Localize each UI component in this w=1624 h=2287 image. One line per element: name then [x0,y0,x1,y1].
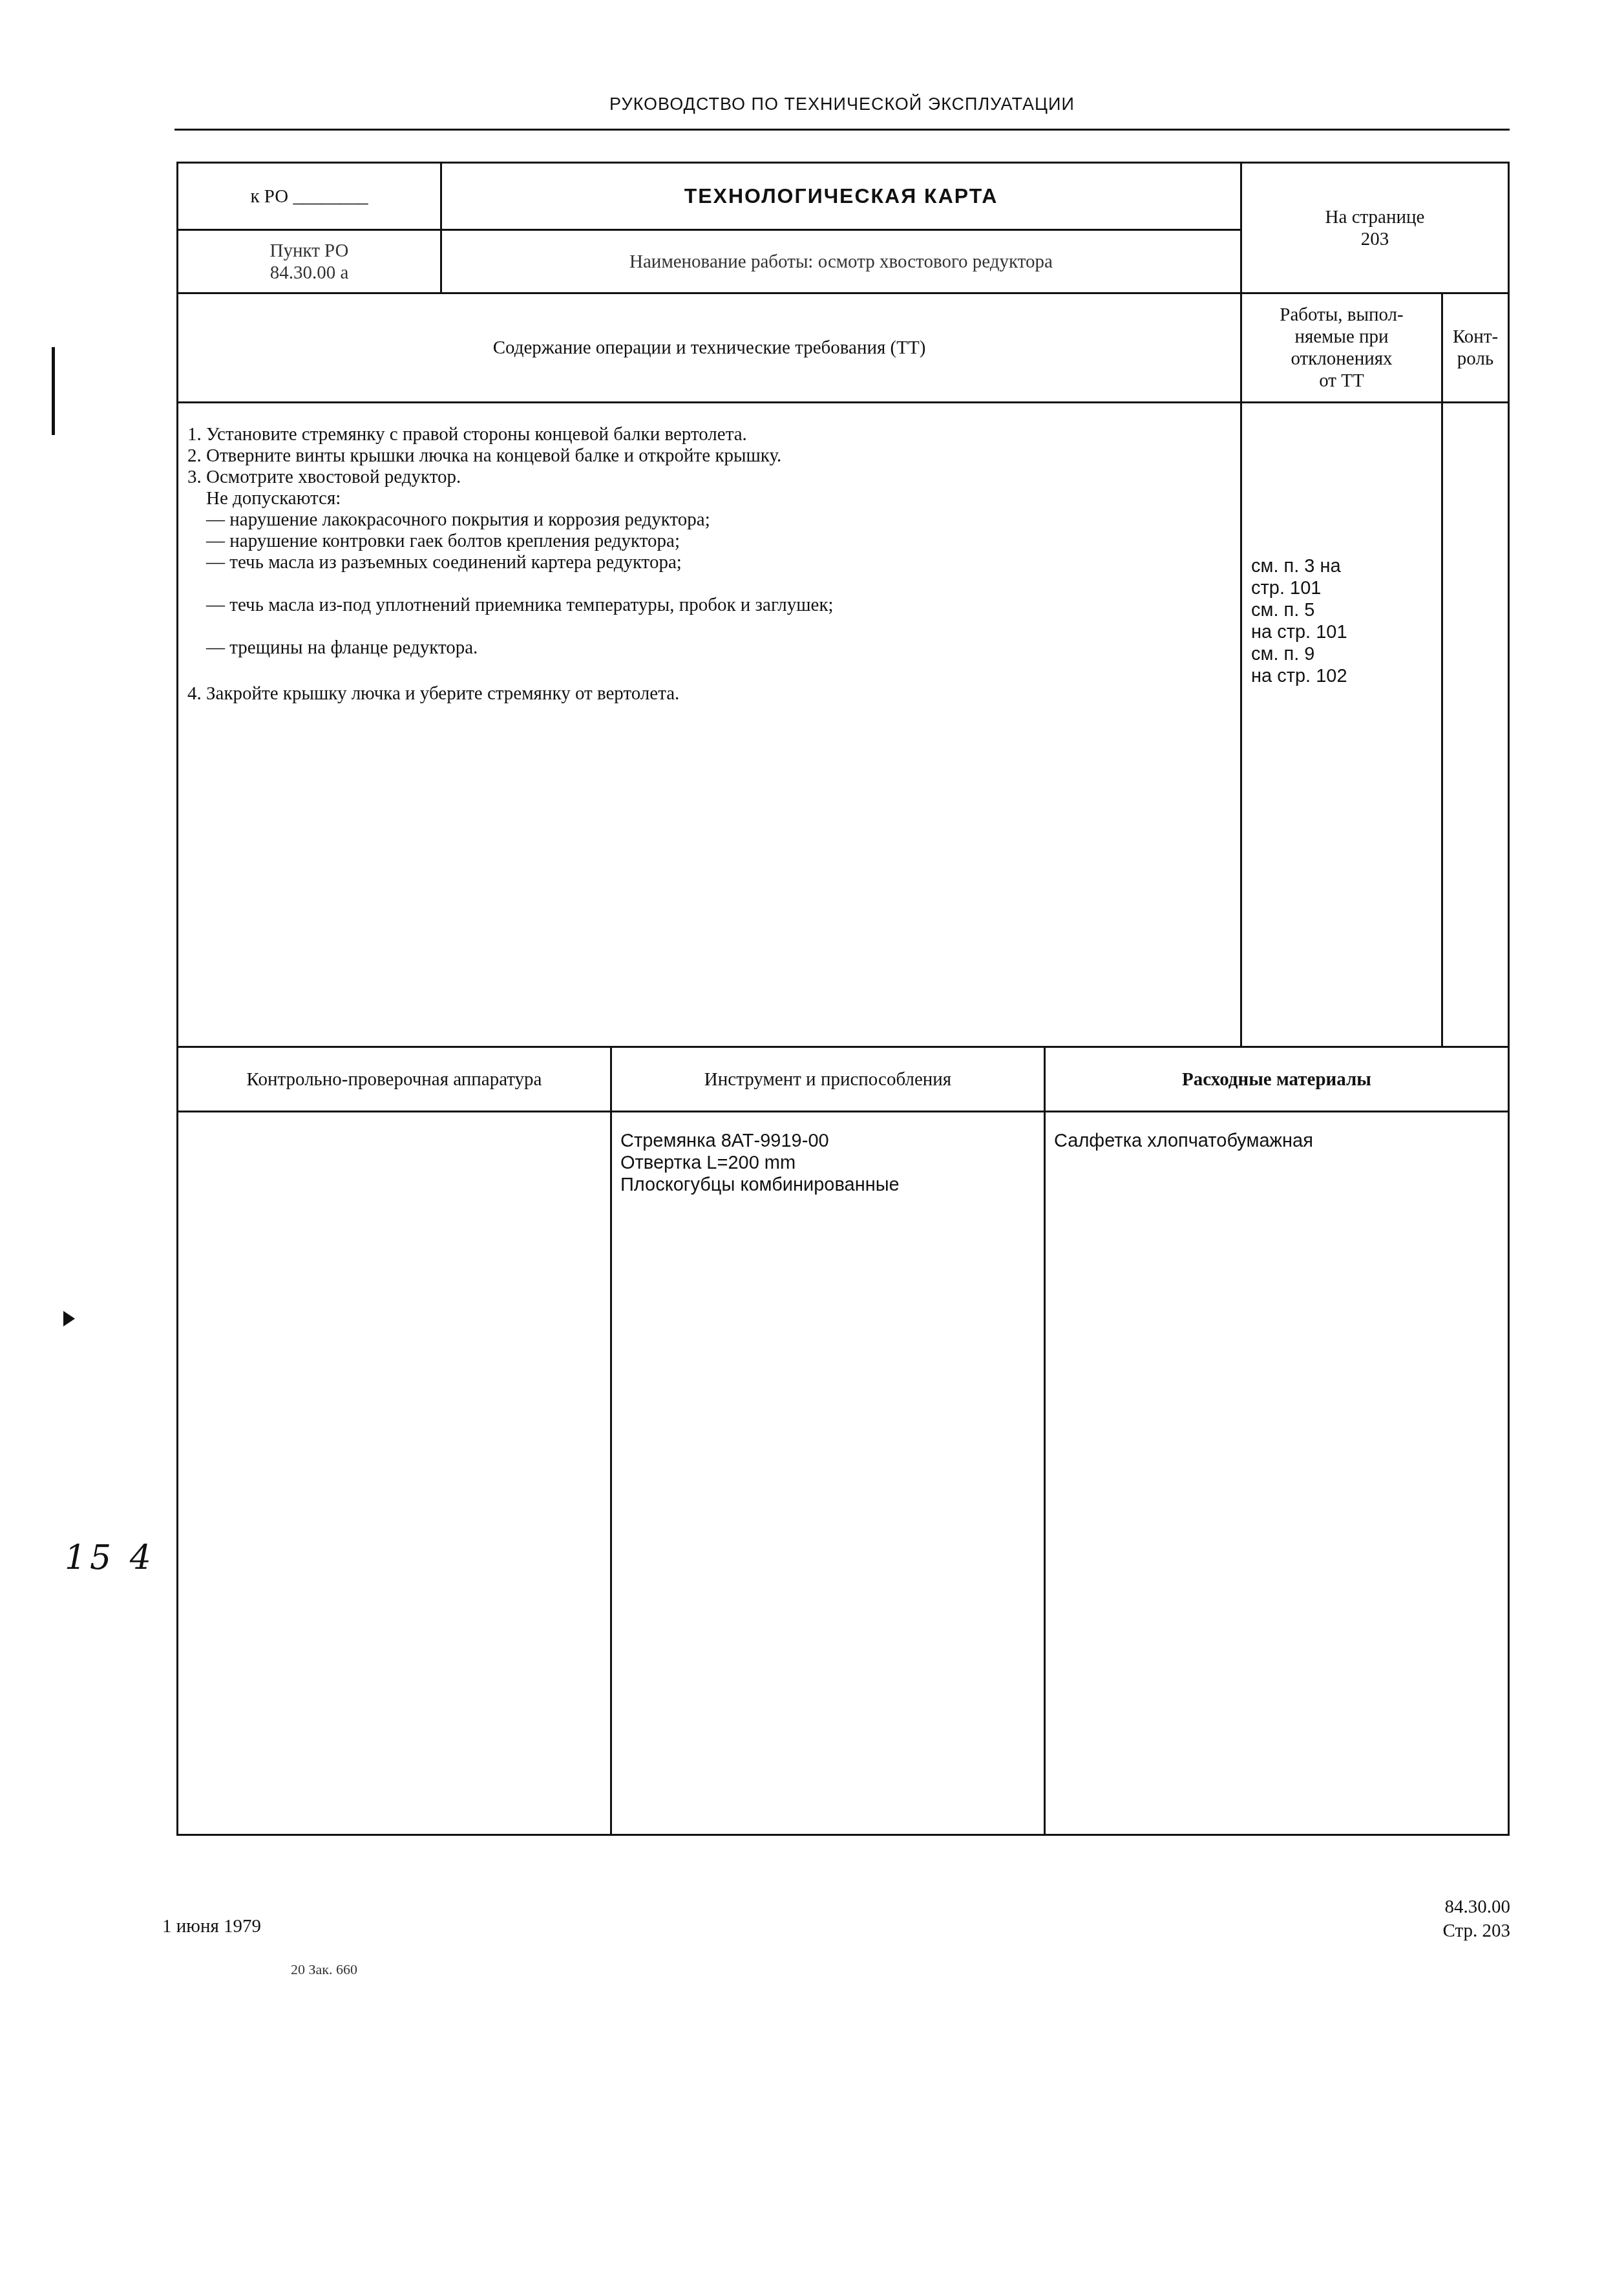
ref-line: стр. 101 [1251,577,1439,599]
margin-change-bar [52,347,55,435]
item-label: Пункт РО [269,240,348,262]
operation-line: Не допускаются: [187,488,1234,509]
work-name: Наименование работы: осмотр хвостового р… [442,231,1240,292]
content-column-header: Содержание операции и технические требов… [178,294,1240,401]
operation-line: — нарушение лакокрасочного покрытия и ко… [187,509,1234,531]
ref-line: см. п. 5 [1251,599,1439,621]
consumables-header: Расходные материалы [1046,1048,1508,1111]
header-line: отклонениях [1291,348,1392,370]
operation-line: — нарушение контровки гаек болтов крепле… [187,531,1234,552]
header-line: няемые при [1294,326,1388,348]
divider [610,1046,612,1834]
ref-line: см. п. 9 [1251,643,1439,665]
operation-line: 1. Установите стремянку с правой стороны… [187,424,1234,445]
tools-list: Стремянка 8АТ-9919-00 Отвертка L=200 mm … [620,1130,1034,1196]
page-label: На странице [1325,206,1425,228]
operations-list: 1. Установите стремянку с правой стороны… [187,424,1234,705]
divider [178,1111,1508,1112]
tools-header: Инструмент и приспособления [612,1048,1044,1111]
operation-line: — трещины на фланце редуктора. [187,637,1234,659]
item-number: 84.30.00 а [270,262,349,284]
margin-arrow-icon [63,1311,75,1326]
header-line: Конт- [1453,326,1498,348]
ref-line: на стр. 101 [1251,621,1439,643]
equipment-header: Контрольно-проверочная аппаратура [178,1048,610,1111]
operation-line: — течь масла из-под уплотнений приемника… [187,595,1234,616]
operation-line: 3. Осмотрите хвостовой редуктор. [187,467,1234,488]
page-number: 203 [1361,228,1389,250]
tool-item: Стремянка 8АТ-9919-00 [620,1130,1034,1152]
tool-item: Отвертка L=200 mm [620,1152,1034,1174]
card-title: ТЕХНОЛОГИЧЕСКАЯ КАРТА [442,164,1240,229]
operation-line: 2. Отверните винты крышки лючка на конце… [187,445,1234,467]
footer-print-mark: 20 Зак. 660 [291,1959,357,1981]
header-line: от ТТ [1319,370,1364,392]
footer-section: 84.30.00 [1445,1896,1511,1918]
header-line: роль [1457,348,1493,370]
handwritten-note: 15 4 [65,1538,155,1577]
control-header: Конт- роль [1443,294,1508,401]
ref-cell: к РО ________ [178,164,440,229]
item-cell: Пункт РО 84.30.00 а [178,231,440,292]
consumables-list: Салфетка хлопчатобумажная [1054,1130,1493,1152]
page-cell: На странице 203 [1242,164,1508,292]
deviation-refs: см. п. 3 на стр. 101 см. п. 5 на стр. 10… [1251,555,1439,687]
ref-line: на стр. 102 [1251,665,1439,687]
divider [178,401,1508,403]
operation-line: — течь масла из разъемных соединений кар… [187,552,1234,573]
consumable-item: Салфетка хлопчатобумажная [1054,1130,1493,1152]
footer-page: Стр. 203 [1443,1920,1511,1942]
deviation-works-header: Работы, выпол- няемые при отклонениях от… [1242,294,1441,401]
divider [1441,292,1443,1046]
running-header: РУКОВОДСТВО ПО ТЕХНИЧЕСКОЙ ЭКСПЛУАТАЦИИ [174,94,1510,114]
header-rule [174,129,1510,131]
footer-date: 1 июня 1979 [162,1915,261,1937]
divider [1044,1046,1046,1834]
ref-line: см. п. 3 на [1251,555,1439,577]
ref-label: к РО ________ [250,186,368,207]
tool-item: Плоскогубцы комбинированные [620,1174,1034,1196]
technological-card-table: к РО ________ ТЕХНОЛОГИЧЕСКАЯ КАРТА На с… [176,162,1510,1836]
operation-line: 4. Закройте крышку лючка и уберите стрем… [187,683,1234,705]
header-line: Работы, выпол- [1280,304,1403,326]
